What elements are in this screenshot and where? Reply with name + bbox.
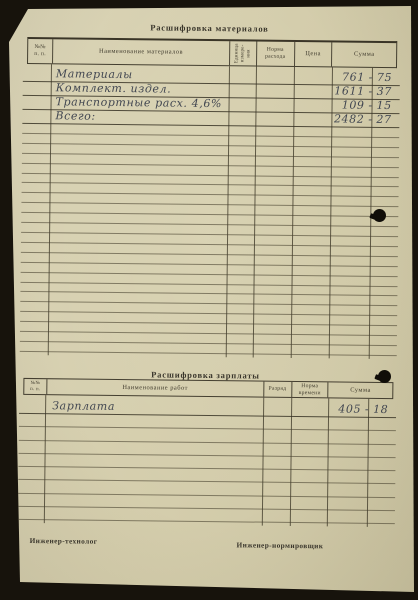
materials-col-norm: Норма расхода bbox=[256, 42, 294, 66]
sum-rub: 109 bbox=[331, 98, 364, 111]
punch-hole-top bbox=[373, 209, 386, 222]
row-name-handwritten: Материалы bbox=[56, 67, 133, 81]
materials-header-row: №№ п. п. Наименование материалов Единица… bbox=[27, 37, 397, 68]
salary-table-body: Зарплата405-18 bbox=[18, 395, 396, 524]
punch-hole-bottom bbox=[378, 370, 391, 383]
sum-sep: - bbox=[364, 113, 376, 126]
salary-col-grade: Разряд bbox=[263, 382, 291, 397]
salary-col-name: Наименование работ bbox=[46, 379, 263, 396]
row-sum-handwritten: 109-15 bbox=[331, 98, 399, 112]
salary-col-norm-label: Норма времени bbox=[293, 382, 327, 396]
form-content: Расшифровка материалов №№ п. п. Наименов… bbox=[2, 4, 415, 597]
signature-normirovshchik: Инженер-нормировщик bbox=[237, 540, 324, 550]
sum-sep: - bbox=[365, 85, 377, 98]
sum-sep: - bbox=[364, 99, 376, 112]
sum-rub: 2482 bbox=[331, 112, 364, 125]
salary-col-norm: Норма времени bbox=[291, 382, 328, 397]
row-name-handwritten: Зарплата bbox=[52, 399, 115, 413]
materials-col-price-label: Цена bbox=[305, 50, 321, 58]
row-name-handwritten: Транспортные расх. 4,6% bbox=[56, 95, 223, 110]
materials-col-sum: Сумма bbox=[331, 42, 396, 67]
salary-col-num-line2: п. п. bbox=[30, 387, 40, 393]
sum-rub: 1611 bbox=[332, 84, 365, 97]
materials-title: Расшифровка материалов bbox=[8, 21, 410, 36]
materials-col-unit: Единица измере- ния bbox=[229, 41, 256, 65]
row-sum-handwritten: 1611-37 bbox=[332, 84, 400, 98]
salary-col-num: №№ п. п. bbox=[24, 379, 46, 394]
sum-kop: 75 bbox=[377, 71, 400, 84]
materials-col-price: Цена bbox=[294, 42, 332, 66]
salary-col-name-label: Наименование работ bbox=[122, 384, 188, 393]
materials-col-unit-label: Единица измере- ния bbox=[234, 40, 252, 66]
sum-rub: 405 bbox=[328, 402, 361, 415]
row-sum-handwritten: 2482-27 bbox=[331, 112, 399, 126]
materials-col-sum-label: Сумма bbox=[354, 51, 375, 59]
materials-col-norm-label: Норма расхода bbox=[258, 47, 293, 61]
sum-sep: - bbox=[361, 403, 373, 416]
materials-col-num: №№ п. п. bbox=[28, 39, 52, 63]
materials-col-name: Наименование материалов bbox=[52, 39, 229, 65]
row-sum-handwritten: 761-75 bbox=[332, 70, 400, 84]
row-name-handwritten: Всего: bbox=[55, 109, 95, 122]
row-name-handwritten: Комплект. издел. bbox=[56, 81, 172, 95]
materials-col-name-label: Наименование материалов bbox=[99, 48, 183, 57]
materials-col-num-line2: п. п. bbox=[34, 51, 46, 58]
sum-sep: - bbox=[365, 71, 377, 84]
row-sum-handwritten: 405-18 bbox=[328, 402, 396, 416]
signature-technologist: Инженер-технолог bbox=[30, 536, 98, 546]
sum-kop: 18 bbox=[373, 403, 396, 416]
salary-col-grade-label: Разряд bbox=[269, 386, 287, 393]
salary-col-sum-label: Сумма bbox=[350, 386, 371, 394]
salary-col-sum: Сумма bbox=[328, 382, 393, 398]
sum-rub: 761 bbox=[332, 70, 365, 83]
sum-kop: 37 bbox=[377, 85, 400, 98]
materials-table-body: Материалы761-75Комплект. издел.1611-37Тр… bbox=[20, 64, 400, 356]
sum-kop: 15 bbox=[376, 99, 399, 112]
sum-kop: 27 bbox=[376, 113, 399, 126]
